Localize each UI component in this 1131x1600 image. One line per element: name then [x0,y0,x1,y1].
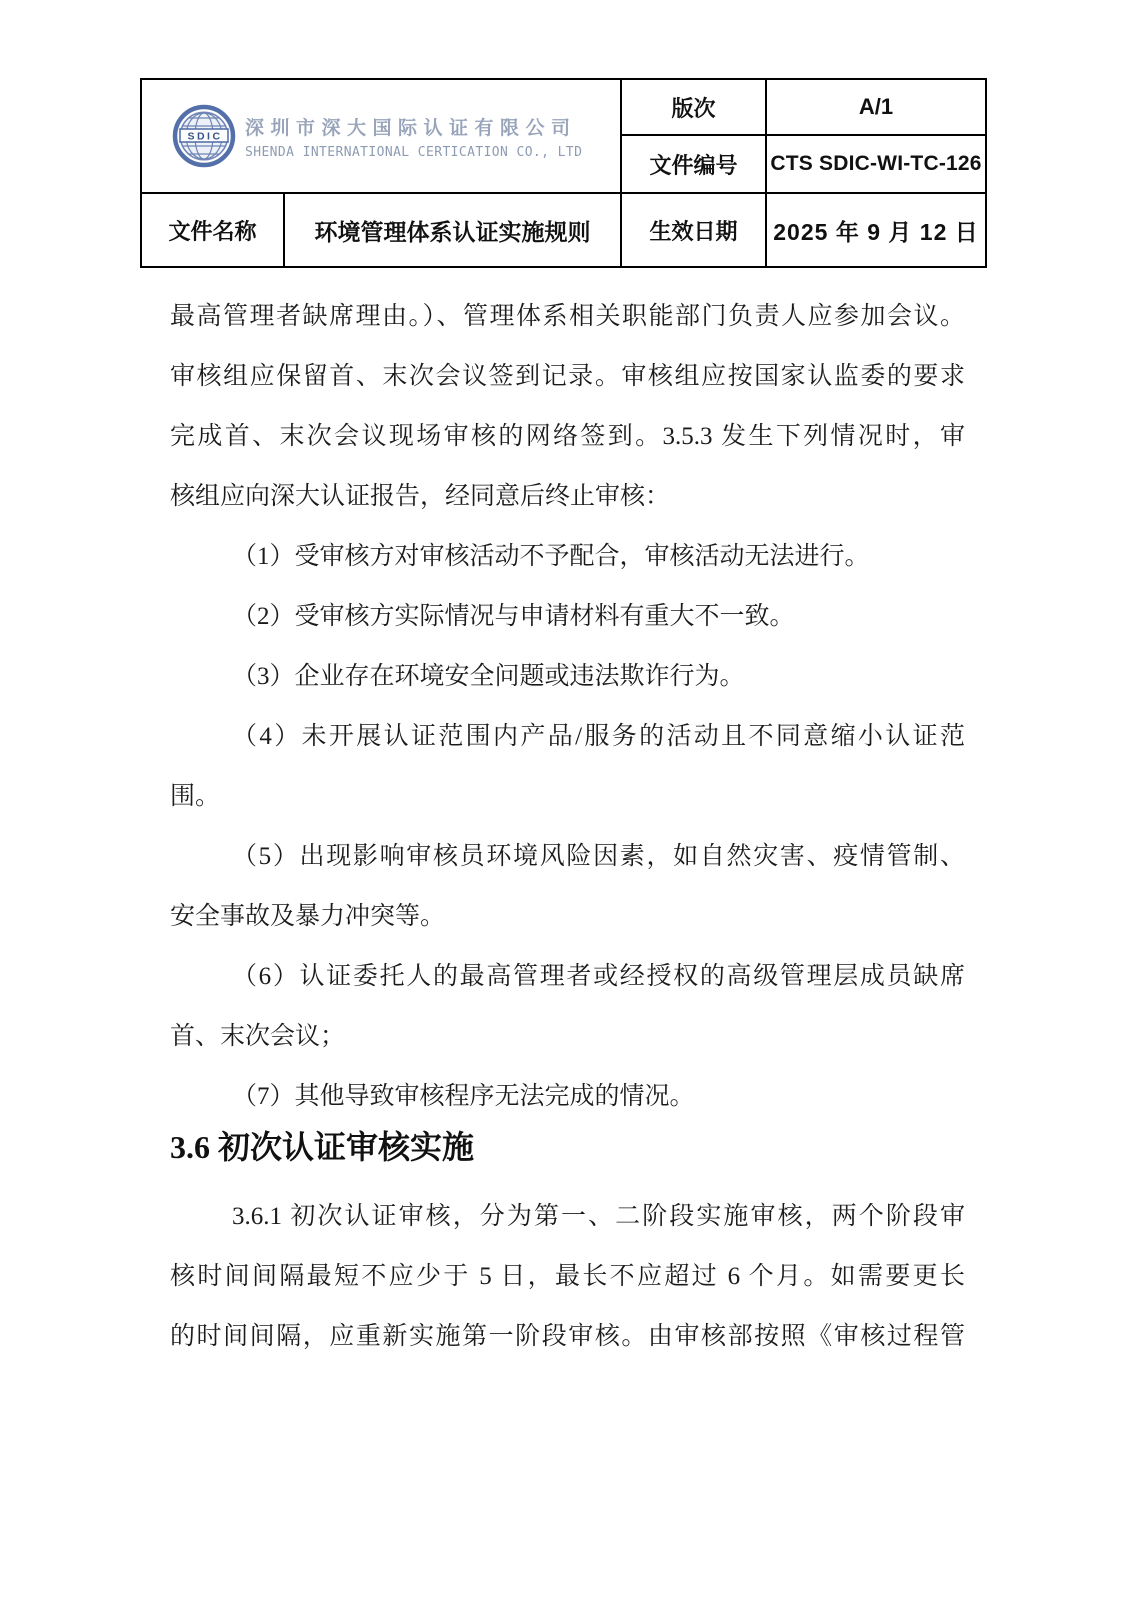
text-line: 安全事故及暴力冲突等。 [170,887,965,947]
text-line: （1）受审核方对审核活动不予配合，审核活动无法进行。 [170,527,965,587]
logo-badge-text: SDIC [187,131,222,143]
doc-number-label: 文件编号 [621,135,766,193]
text-line: 核时间间隔最短不应少于 5 日，最长不应超过 6 个月。如需要更长 [170,1247,965,1307]
document-header-table: SDIC 深圳市深大国际认证有限公司 SHENDA INTERNATIONAL … [140,78,987,268]
text-line: （6）认证委托人的最高管理者或经授权的高级管理层成员缺席 [170,947,965,1007]
text-line: 围。 [170,767,965,827]
text-line: （4）未开展认证范围内产品/服务的活动且不同意缩小认证范 [170,707,965,767]
company-name-en: SHENDA INTERNATIONAL CERTICATION CO., LT… [245,145,582,160]
text-line: 审核组应保留首、末次会议签到记录。审核组应按国家认监委的要求 [170,347,965,407]
effective-date-value: 2025 年 9 月 12 日 [766,193,986,267]
document-body: 最高管理者缺席理由。）、管理体系相关职能部门负责人应参加会议。审核组应保留首、末… [170,287,965,1367]
text-line: 最高管理者缺席理由。）、管理体系相关职能部门负责人应参加会议。 [170,287,965,347]
text-line: 3.6.1 初次认证审核，分为第一、二阶段实施审核，两个阶段审 [170,1187,965,1247]
effective-date-label: 生效日期 [621,193,766,267]
text-line: （2）受审核方实际情况与申请材料有重大不一致。 [170,587,965,647]
logo-cell: SDIC 深圳市深大国际认证有限公司 SHENDA INTERNATIONAL … [141,79,621,193]
text-line: 的时间间隔，应重新实施第一阶段审核。由审核部按照《审核过程管 [170,1307,965,1367]
company-logo: SDIC 深圳市深大国际认证有限公司 SHENDA INTERNATIONAL … [142,104,620,168]
document-page: SDIC 深圳市深大国际认证有限公司 SHENDA INTERNATIONAL … [0,0,1131,1600]
doc-name-label: 文件名称 [141,193,284,267]
company-name-block: 深圳市深大国际认证有限公司 SHENDA INTERNATIONAL CERTI… [245,113,582,160]
text-line: 核组应向深大认证报告，经同意后终止审核： [170,467,965,527]
text-line: （3）企业存在环境安全问题或违法欺诈行为。 [170,647,965,707]
doc-number-value: CTS SDIC-WI-TC-126 [766,135,986,193]
section-heading: 3.6 初次认证审核实施 [170,1117,965,1177]
text-line: 首、末次会议； [170,1007,965,1067]
version-label: 版次 [621,79,766,135]
text-line: 完成首、末次会议现场审核的网络签到。3.5.3 发生下列情况时，审 [170,407,965,467]
company-logo-icon: SDIC [172,104,236,168]
text-line: （5）出现影响审核员环境风险因素，如自然灾害、疫情管制、 [170,827,965,887]
company-name-cn: 深圳市深大国际认证有限公司 [245,113,582,140]
version-value: A/1 [766,79,986,135]
doc-name-value: 环境管理体系认证实施规则 [284,193,621,267]
